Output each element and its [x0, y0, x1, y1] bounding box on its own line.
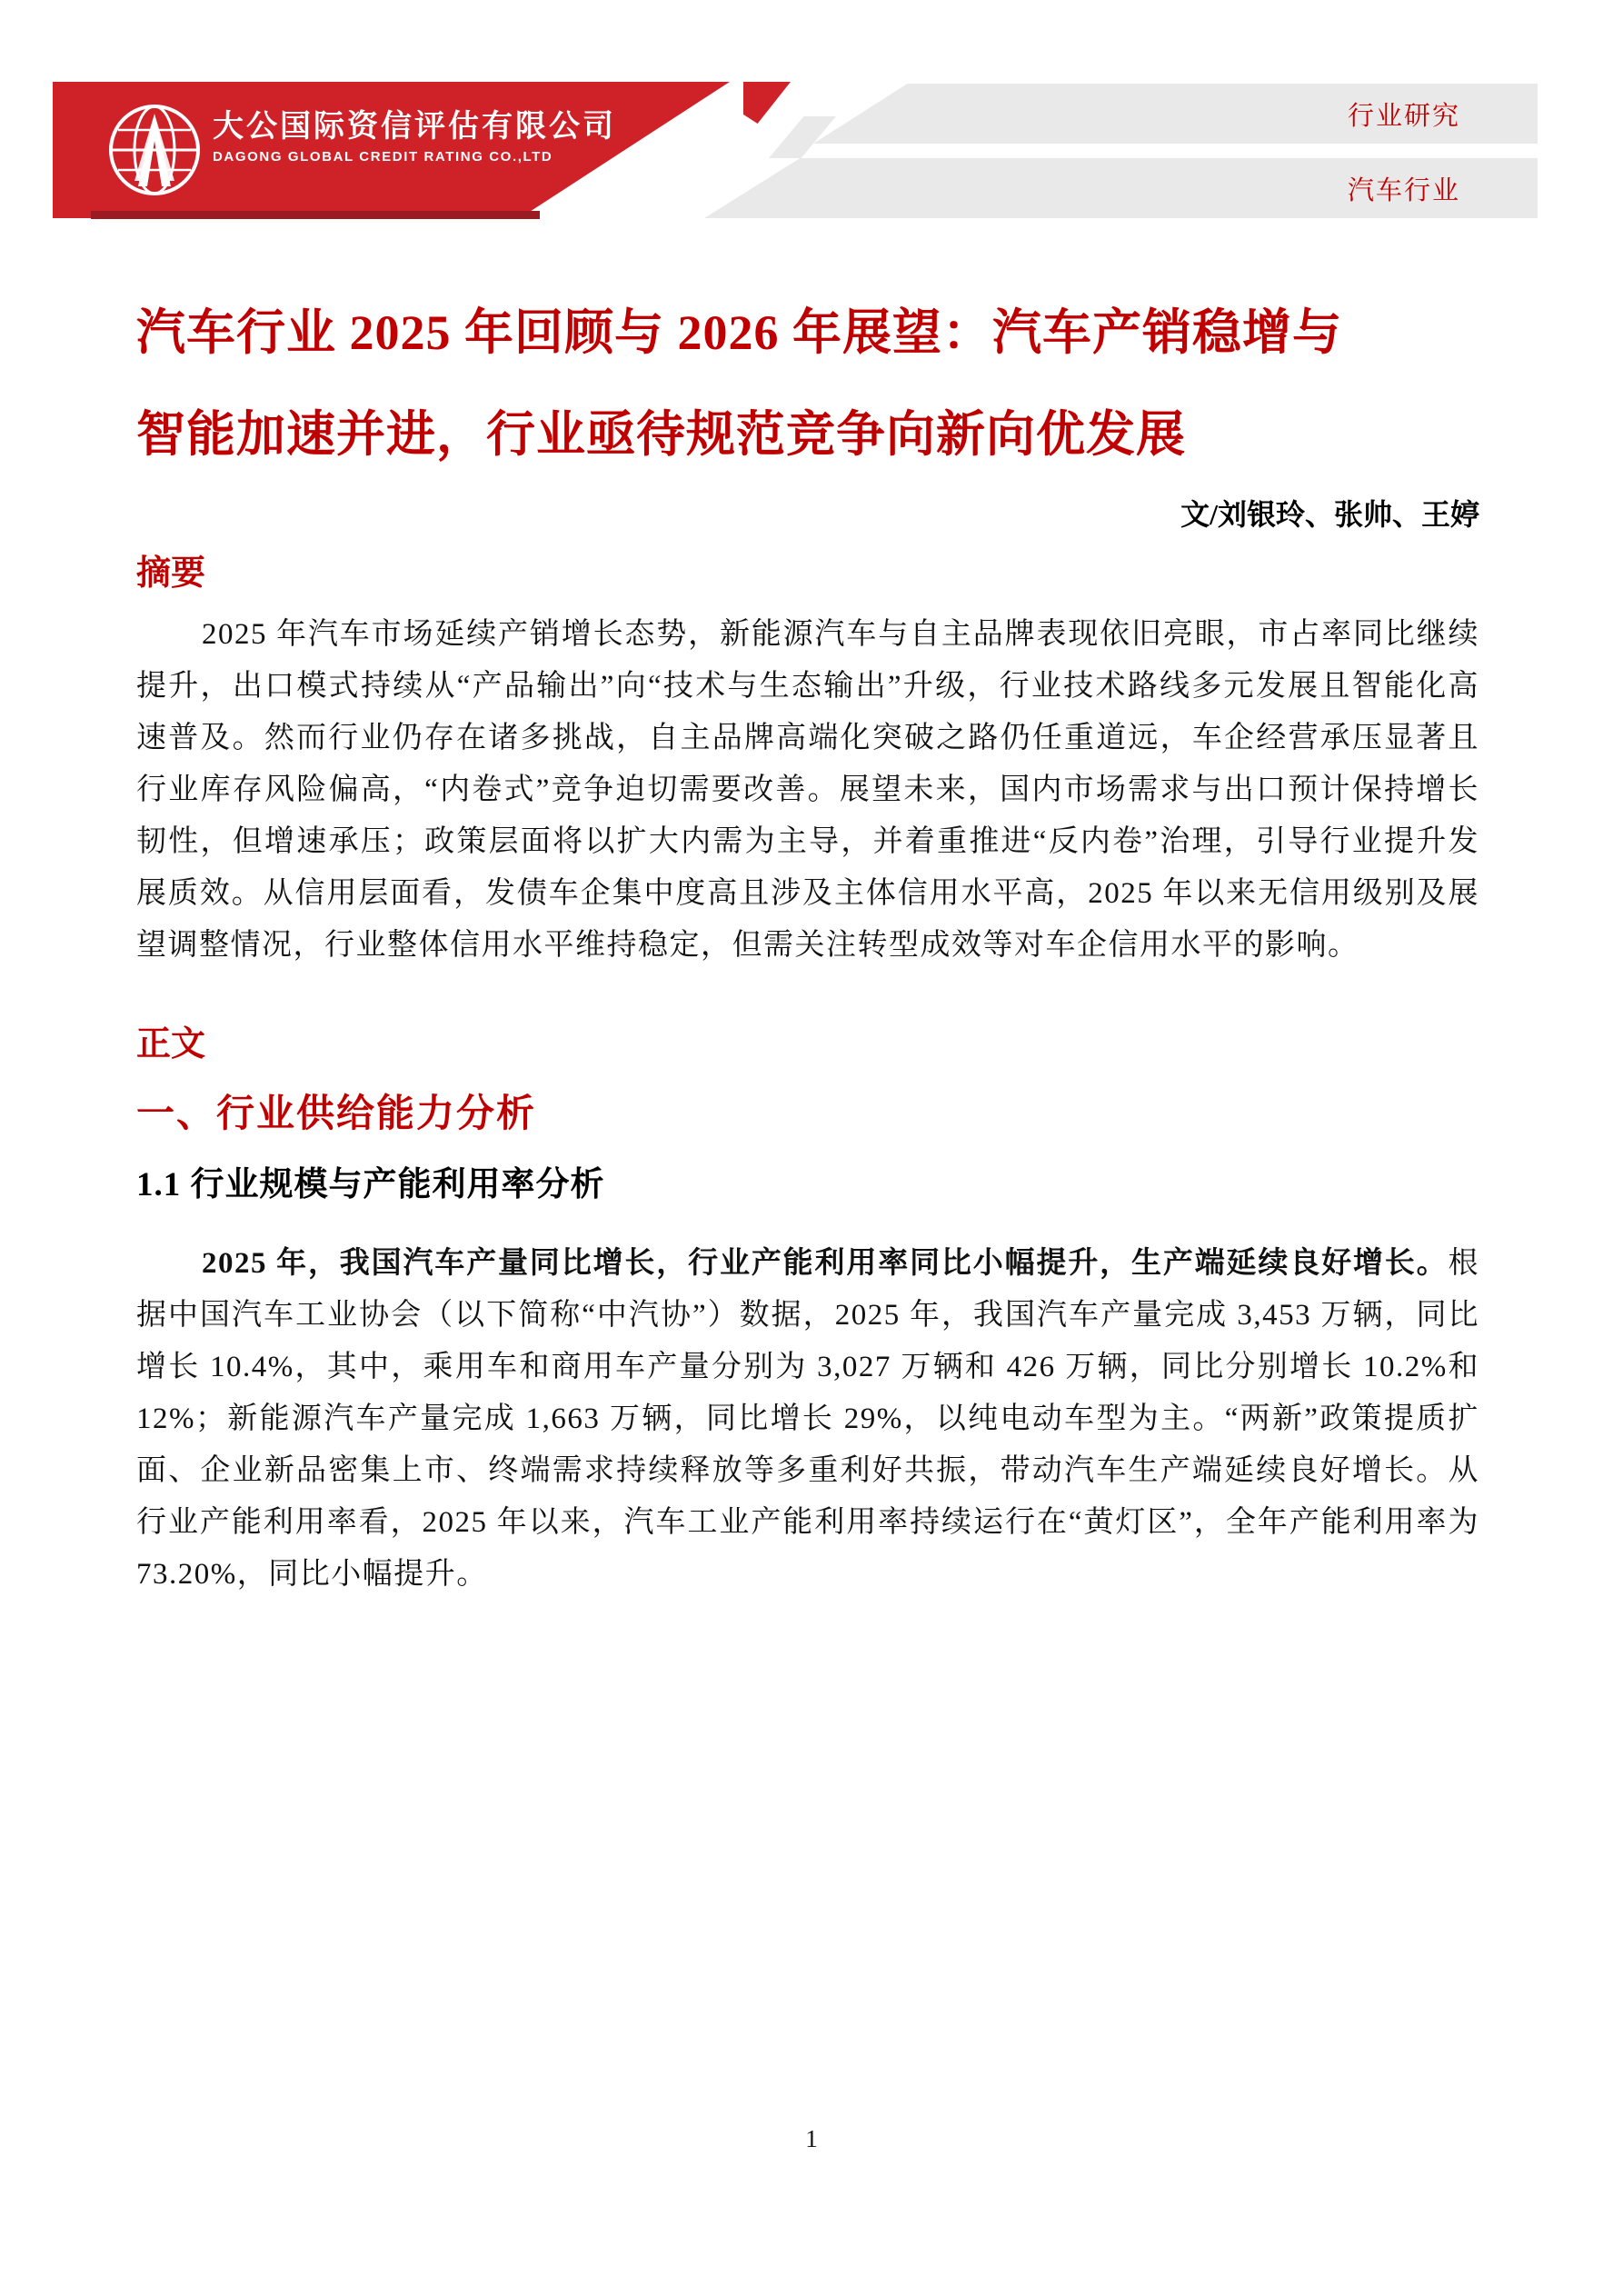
dagong-globe-icon: [107, 103, 202, 197]
header-red-sliver-shape: [743, 82, 791, 124]
page-number: 1: [0, 2125, 1623, 2153]
report-title: 汽车行业 2025 年回顾与 2026 年展望：汽车产销稳增与 智能加速并进，行…: [136, 282, 1479, 485]
company-name-block: 大公国际资信评估有限公司 DAGONG GLOBAL CREDIT RATING…: [213, 105, 616, 167]
body-paragraph-1-lead: 2025 年，我国汽车产量同比增长，行业产能利用率同比小幅提升，生产端延续良好增…: [202, 1247, 1449, 1280]
badge-industry-research: 行业研究: [1348, 84, 1460, 144]
header-band-industry-research: 行业研究: [813, 84, 1538, 144]
header-red-banner: 大公国际资信评估有限公司 DAGONG GLOBAL CREDIT RATING…: [53, 82, 730, 218]
report-title-line1: 汽车行业 2025 年回顾与 2026 年展望：汽车产销稳增与: [136, 282, 1479, 384]
body-paragraph-1: 2025 年，我国汽车产量同比增长，行业产能利用率同比小幅提升，生产端延续良好增…: [136, 1238, 1479, 1601]
byline: 文/刘银玲、张帅、王婷: [136, 494, 1479, 534]
subsection-1-1-heading: 1.1 行业规模与产能利用率分析: [136, 1163, 1479, 1207]
body-section-label: 正文: [136, 1022, 1479, 1067]
document-content: 汽车行业 2025 年回顾与 2026 年展望：汽车产销稳增与 智能加速并进，行…: [136, 218, 1479, 1601]
company-name-cn: 大公国际资信评估有限公司: [213, 105, 616, 147]
body-paragraph-1-rest: 根据中国汽车工业协会（以下简称“中汽协”）数据，2025 年，我国汽车产量完成 …: [136, 1247, 1479, 1591]
header-band-auto-industry: 汽车行业: [704, 158, 1538, 218]
section-1-heading: 一、行业供给能力分析: [136, 1089, 1479, 1138]
abstract-paragraph: 2025 年汽车市场延续产销增长态势，新能源汽车与自主品牌表现依旧亮眼，市占率同…: [136, 609, 1479, 972]
badge-auto-industry: 汽车行业: [1348, 158, 1460, 218]
company-name-en: DAGONG GLOBAL CREDIT RATING CO.,LTD: [213, 147, 616, 167]
report-title-line2: 智能加速并进，行业亟待规范竞争向新向优发展: [136, 384, 1479, 485]
report-page: 大公国际资信评估有限公司 DAGONG GLOBAL CREDIT RATING…: [0, 0, 1623, 2296]
page-header: 大公国际资信评估有限公司 DAGONG GLOBAL CREDIT RATING…: [0, 0, 1623, 227]
abstract-heading: 摘要: [136, 551, 1479, 596]
